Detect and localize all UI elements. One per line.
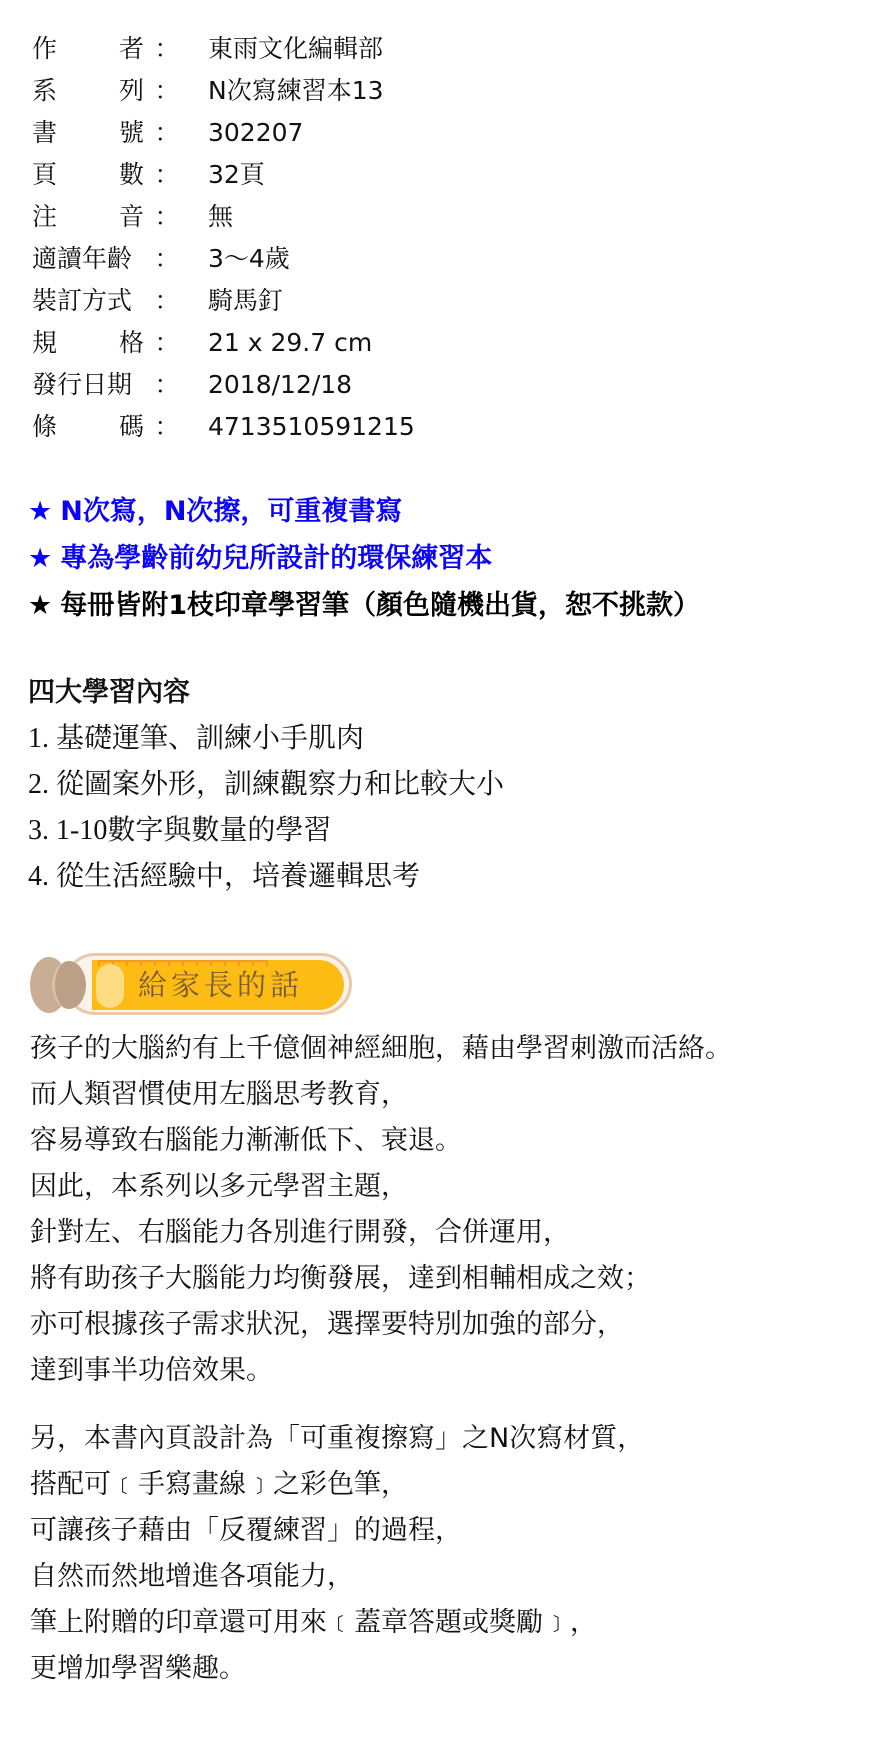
highlight-text: 專為學齡前幼兒所設計的環保練習本 bbox=[60, 543, 492, 574]
spec-label-char: 規 bbox=[32, 322, 57, 364]
spec-label-char: 號 bbox=[119, 112, 144, 154]
spec-colon: ： bbox=[150, 322, 184, 364]
spec-label: 條 碼 bbox=[32, 406, 144, 448]
spec-row-barcode: 條 碼 ： 4713510591215 bbox=[32, 406, 415, 448]
parents-note-banner: 給家長的話 bbox=[30, 947, 352, 1021]
spec-row-age: 適讀年齡 ： 3～4歲 bbox=[32, 238, 415, 280]
paragraph-line: 筆上附贈的印章還可用來﹝蓋章答題或獎勵﹞， bbox=[30, 1600, 732, 1646]
spec-row-pages: 頁 數 ： 32頁 bbox=[32, 154, 415, 196]
product-spec-table: 作 者 ： 東雨文化編輯部 系 列 ： N次寫練習本13 書 號 ： 30220… bbox=[32, 28, 415, 448]
spec-label-char: 者 bbox=[119, 28, 144, 70]
banner-title: 給家長的話 bbox=[138, 960, 338, 1010]
learning-content-item: 4. 從生活經驗中，培養邏輯思考 bbox=[28, 854, 504, 900]
spec-label-char: 書 bbox=[32, 112, 57, 154]
spec-row-publish-date: 發行日期 ： 2018/12/18 bbox=[32, 364, 415, 406]
spec-colon: ： bbox=[150, 364, 184, 406]
spec-value-publish-date: 2018/12/18 bbox=[208, 364, 352, 406]
spec-label: 發行日期 bbox=[32, 364, 144, 406]
cork-inner bbox=[52, 961, 86, 1009]
spec-label: 書 號 bbox=[32, 112, 144, 154]
learning-content-item: 1. 基礎運筆、訓練小手肌肉 bbox=[28, 716, 504, 762]
spec-colon: ： bbox=[150, 112, 184, 154]
spec-label-char: 作 bbox=[32, 28, 57, 70]
spec-label-char: 裝訂方式 bbox=[32, 280, 132, 322]
spec-row-size: 規 格 ： 21 x 29.7 cm bbox=[32, 322, 415, 364]
spec-value-author: 東雨文化編輯部 bbox=[208, 28, 383, 70]
spec-row-phonetic: 注 音 ： 無 bbox=[32, 196, 415, 238]
paragraph-line: 孩子的大腦約有上千億個神經細胞，藉由學習刺激而活絡。 bbox=[30, 1026, 732, 1072]
paragraph-line: 將有助孩子大腦能力均衡發展，達到相輔相成之效； bbox=[30, 1256, 732, 1302]
spec-label-char: 列 bbox=[119, 70, 144, 112]
spec-value-phonetic: 無 bbox=[208, 196, 233, 238]
highlight-text: N次寫，N次擦，可重複書寫 bbox=[60, 496, 402, 527]
star-icon: ★ bbox=[28, 543, 52, 574]
spec-row-binding: 裝訂方式 ： 騎馬釘 bbox=[32, 280, 415, 322]
highlight-rewritable: ★N次寫，N次擦，可重複書寫 bbox=[28, 488, 700, 535]
feature-highlights: ★N次寫，N次擦，可重複書寫 ★專為學齡前幼兒所設計的環保練習本 ★每冊皆附1枝… bbox=[28, 488, 700, 629]
spec-label: 注 音 bbox=[32, 196, 144, 238]
spec-row-book-number: 書 號 ： 302207 bbox=[32, 112, 415, 154]
learning-content-item: 2. 從圖案外形，訓練觀察力和比較大小 bbox=[28, 762, 504, 808]
paragraph-line: 亦可根據孩子需求狀況，選擇要特別加強的部分， bbox=[30, 1302, 732, 1348]
spec-label-char: 數 bbox=[119, 154, 144, 196]
star-icon: ★ bbox=[28, 590, 52, 621]
paragraph-line: 而人類習慣使用左腦思考教育， bbox=[30, 1072, 732, 1118]
spec-label-char: 注 bbox=[32, 196, 57, 238]
spec-colon: ： bbox=[150, 238, 184, 280]
learning-content-title: 四大學習內容 bbox=[28, 670, 504, 716]
spec-label: 裝訂方式 bbox=[32, 280, 144, 322]
learning-content-item: 3. 1-10數字與數量的學習 bbox=[28, 808, 504, 854]
spec-value-pages: 32頁 bbox=[208, 154, 265, 196]
paragraph-line: 更增加學習樂趣。 bbox=[30, 1646, 732, 1692]
spec-label: 適讀年齡 bbox=[32, 238, 144, 280]
spec-label-char: 系 bbox=[32, 70, 57, 112]
learning-content-section: 四大學習內容 1. 基礎運筆、訓練小手肌肉 2. 從圖案外形，訓練觀察力和比較大… bbox=[28, 670, 504, 900]
spec-label-char: 頁 bbox=[32, 154, 57, 196]
spec-label-char: 發行日期 bbox=[32, 364, 132, 406]
paragraph-line: 另，本書內頁設計為「可重複擦寫」之N次寫材質， bbox=[30, 1416, 732, 1462]
spec-value-series: N次寫練習本13 bbox=[208, 70, 384, 112]
paragraph-line: 針對左、右腦能力各別進行開發，合併運用， bbox=[30, 1210, 732, 1256]
spec-label-char: 音 bbox=[119, 196, 144, 238]
paragraph-line: 搭配可﹝手寫畫線﹞之彩色筆， bbox=[30, 1462, 732, 1508]
paragraph-line: 因此，本系列以多元學習主題， bbox=[30, 1164, 732, 1210]
spec-label-char: 碼 bbox=[119, 406, 144, 448]
parents-note-body: 孩子的大腦約有上千億個神經細胞，藉由學習刺激而活絡。 而人類習慣使用左腦思考教育… bbox=[30, 1026, 732, 1692]
spec-colon: ： bbox=[150, 154, 184, 196]
spec-colon: ： bbox=[150, 406, 184, 448]
spec-value-size: 21 x 29.7 cm bbox=[208, 322, 372, 364]
spec-label-char: 格 bbox=[119, 322, 144, 364]
spec-colon: ： bbox=[150, 28, 184, 70]
spec-colon: ： bbox=[150, 196, 184, 238]
spec-label: 作 者 bbox=[32, 28, 144, 70]
spec-value-book-number: 302207 bbox=[208, 112, 303, 154]
paragraph-line: 可讓孩子藉由「反覆練習」的過程， bbox=[30, 1508, 732, 1554]
paragraph-gap bbox=[30, 1394, 732, 1416]
paragraph-line: 自然而然地增進各項能力， bbox=[30, 1554, 732, 1600]
spec-label-char: 條 bbox=[32, 406, 57, 448]
highlight-text: 每冊皆附1枝印章學習筆（顏色隨機出貨，恕不挑款） bbox=[60, 590, 700, 621]
spec-row-author: 作 者 ： 東雨文化編輯部 bbox=[32, 28, 415, 70]
spec-colon: ： bbox=[150, 70, 184, 112]
spec-value-barcode: 4713510591215 bbox=[208, 406, 415, 448]
star-icon: ★ bbox=[28, 496, 52, 527]
highlight-stamp-pen: ★每冊皆附1枝印章學習筆（顏色隨機出貨，恕不挑款） bbox=[28, 582, 700, 629]
spec-value-age: 3～4歲 bbox=[208, 238, 290, 280]
spec-label: 規 格 bbox=[32, 322, 144, 364]
paragraph-line: 容易導致右腦能力漸漸低下、衰退。 bbox=[30, 1118, 732, 1164]
paragraph-line: 達到事半功倍效果。 bbox=[30, 1348, 732, 1394]
spec-label-char: 適讀年齡 bbox=[32, 238, 132, 280]
highlight-eco-preschool: ★專為學齡前幼兒所設計的環保練習本 bbox=[28, 535, 700, 582]
spec-row-series: 系 列 ： N次寫練習本13 bbox=[32, 70, 415, 112]
banner-highlight bbox=[96, 964, 124, 1008]
spec-colon: ： bbox=[150, 280, 184, 322]
spec-label: 系 列 bbox=[32, 70, 144, 112]
spec-value-binding: 騎馬釘 bbox=[208, 280, 283, 322]
spec-label: 頁 數 bbox=[32, 154, 144, 196]
